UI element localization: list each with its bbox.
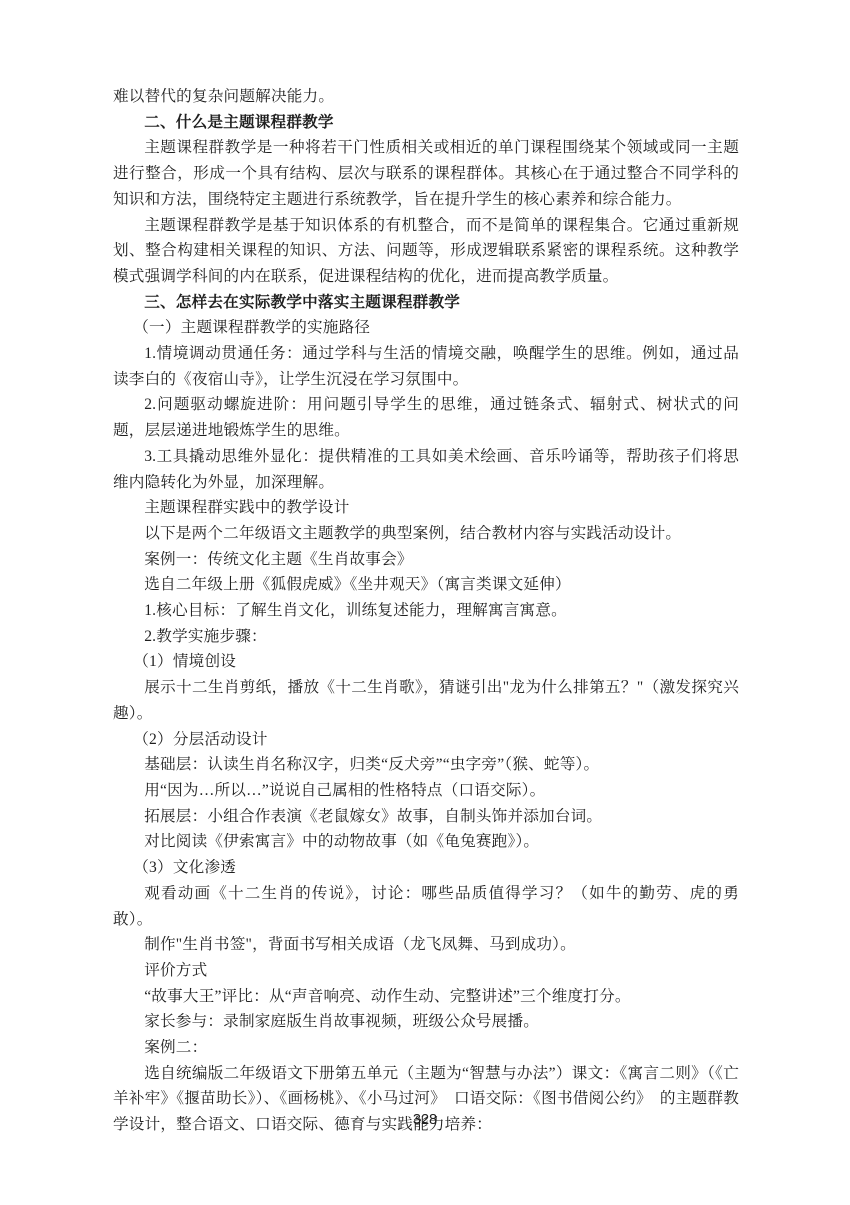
paragraph-step2-basic: 基础层：认读生肖名称汉字，归类“反犬旁”“虫字旁”（猴、蛇等）。 [113, 752, 739, 778]
section-heading-2: 二、什么是主题课程群教学 [113, 110, 739, 136]
paragraph-path-3: 3.工具撬动思维外显化：提供精准的工具如美术绘画、音乐吟诵等，帮助孩子们将思维内… [113, 444, 739, 495]
paragraph-design-title: 主题课程群实践中的教学设计 [113, 495, 739, 521]
paragraph-case2-title: 案例二： [113, 1035, 739, 1061]
document-body: 难以替代的复杂问题解决能力。 二、什么是主题课程群教学 主题课程群教学是一种将若… [113, 84, 739, 1138]
paragraph-path-2: 2.问题驱动螺旋进阶：用问题引导学生的思维，通过链条式、辐射式、树状式的问题，层… [113, 392, 739, 443]
paragraph-step1-detail: 展示十二生肖剪纸，播放《十二生肖歌》，猜谜引出"龙为什么排第五？"（激发探究兴趣… [113, 675, 739, 726]
paragraph-step2-title: （2）分层活动设计 [113, 727, 739, 753]
paragraph-step1-title: （1）情境创设 [113, 649, 739, 675]
paragraph-case1-goal: 1.核心目标：了解生肖文化，训练复述能力，理解寓言寓意。 [113, 598, 739, 624]
paragraph-step2-speaking: 用“因为…所以…”说说自己属相的性格特点（口语交际）。 [113, 778, 739, 804]
paragraph-evaluation-title: 评价方式 [113, 958, 739, 984]
paragraph-integration: 主题课程群教学是基于知识体系的有机整合，而不是简单的课程集合。它通过重新规划、整… [113, 213, 739, 290]
paragraph-cases-intro: 以下是两个二年级语文主题教学的典型案例，结合教材内容与实践活动设计。 [113, 521, 739, 547]
paragraph-path-1: 1.情境调动贯通任务：通过学科与生活的情境交融，唤醒学生的思维。例如，通过品读李… [113, 341, 739, 392]
paragraph-case1-source: 选自二年级上册《狐假虎威》《坐井观天》（寓言类课文延伸） [113, 572, 739, 598]
paragraph-definition: 主题课程群教学是一种将若干门性质相关或相近的单门课程围绕某个领域或同一主题进行整… [113, 135, 739, 212]
paragraph-step2-reading: 对比阅读《伊索寓言》中的动物故事（如《龟兔赛跑》）。 [113, 829, 739, 855]
paragraph-case1-steps: 2.教学实施步骤： [113, 624, 739, 650]
page-number: 328 [0, 1112, 850, 1128]
paragraph-tail: 难以替代的复杂问题解决能力。 [113, 84, 739, 110]
paragraph-evaluation-parents: 家长参与：录制家庭版生肖故事视频，班级公众号展播。 [113, 1009, 739, 1035]
document-page: 难以替代的复杂问题解决能力。 二、什么是主题课程群教学 主题课程群教学是一种将若… [0, 0, 850, 1205]
paragraph-evaluation-contest: “故事大王”评比：从“声音响亮、动作生动、完整讲述”三个维度打分。 [113, 984, 739, 1010]
paragraph-case1-title: 案例一：传统文化主题《生肖故事会》 [113, 547, 739, 573]
paragraph-step3-animation: 观看动画《十二生肖的传说》，讨论：哪些品质值得学习？（如牛的勤劳、虎的勇敢）。 [113, 881, 739, 932]
paragraph-step3-bookmark: 制作"生肖书签"，背面书写相关成语（龙飞凤舞、马到成功）。 [113, 932, 739, 958]
subsection-heading-1: （一）主题课程群教学的实施路径 [113, 315, 739, 341]
paragraph-step3-title: （3）文化渗透 [113, 855, 739, 881]
section-heading-3: 三、怎样去在实际教学中落实主题课程群教学 [113, 290, 739, 316]
paragraph-step2-extended: 拓展层：小组合作表演《老鼠嫁女》故事，自制头饰并添加台词。 [113, 804, 739, 830]
